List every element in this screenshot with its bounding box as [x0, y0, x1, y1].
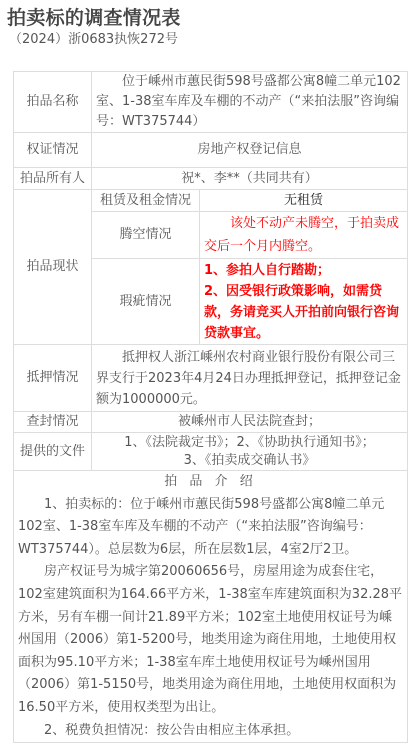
- row-item-name: 拍品名称 位于嵊州市蕙民街598号盛都公寓8幢二单元102室、1-38室车库及车…: [14, 72, 408, 133]
- case-number: （2024）浙0683执恢272号: [9, 32, 178, 48]
- intro-paragraph-1: 1、拍卖标的：位于嵊州市蕙民街598号盛都公寓8幢二单元102室、1-38室车库…: [18, 494, 403, 562]
- mortgage-label: 抵押情况: [14, 345, 92, 412]
- documents-value: 1、《法院裁定书》；2、《协助执行通知书》； 3、《拍卖成交确认书》: [92, 433, 408, 471]
- documents-label: 提供的文件: [14, 433, 92, 471]
- defect-line-2: 2、因受银行政策影响，如需贷款，务请竞买人开拍前向银行咨询贷款事宜。: [204, 281, 403, 344]
- owner-value: 祝*、李**（共同共有）: [92, 168, 408, 190]
- current-status-label: 拍品现状: [14, 190, 92, 345]
- item-name-value: 位于嵊州市蕙民街598号盛都公寓8幢二单元102室、1-38室车库及车棚的不动产…: [92, 72, 408, 133]
- auction-survey-page: 拍卖标的调查情况表 （2024）浙0683执恢272号 拍品名称 位于嵊州市蕙民…: [0, 0, 420, 754]
- mortgage-value: 抵押权人浙江嵊州农村商业银行股份有限公司三界支行于2023年4月24日办理抵押登…: [92, 345, 408, 412]
- row-title-status: 权证情况 房地产权登记信息: [14, 133, 408, 168]
- row-documents: 提供的文件 1、《法院裁定书》；2、《协助执行通知书》； 3、《拍卖成交确认书》: [14, 433, 408, 471]
- lease-label: 租赁及租金情况: [92, 190, 200, 212]
- row-lease: 拍品现状 租赁及租金情况 无租赁: [14, 190, 408, 212]
- title-status-label: 权证情况: [14, 133, 92, 168]
- row-intro: 拍 品 介 绍 1、拍卖标的：位于嵊州市蕙民街598号盛都公寓8幢二单元102室…: [14, 471, 408, 743]
- page-title: 拍卖标的调查情况表: [7, 6, 181, 30]
- row-owner: 拍品所有人 祝*、李**（共同共有）: [14, 168, 408, 190]
- intro-paragraph-2: 房产权证号为城字第20060656号，房屋用途为成套住宅，102室建筑面积为16…: [18, 561, 403, 719]
- intro-paragraph-3: 2、税费负担情况：按公告由相应主体承担。: [18, 720, 403, 743]
- documents-line-1: 1、《法院裁定书》；2、《协助执行通知书》；: [96, 434, 403, 452]
- documents-line-2: 3、《拍卖成交确认书》: [96, 452, 403, 470]
- seizure-value: 被嵊州市人民法院查封；: [92, 412, 408, 433]
- intro-title: 拍 品 介 绍: [18, 471, 403, 494]
- lease-value: 无租赁: [200, 190, 408, 212]
- vacancy-label: 腾空情况: [92, 212, 200, 259]
- owner-label: 拍品所有人: [14, 168, 92, 190]
- row-mortgage: 抵押情况 抵押权人浙江嵊州农村商业银行股份有限公司三界支行于2023年4月24日…: [14, 345, 408, 412]
- item-name-label: 拍品名称: [14, 72, 92, 133]
- defects-label: 瑕疵情况: [92, 259, 200, 345]
- defect-line-1: 1、参拍人自行踏勘；: [204, 260, 403, 281]
- vacancy-value: 该处不动产未腾空，于拍卖成交后一个月内腾空。: [200, 212, 408, 259]
- title-status-value: 房地产权登记信息: [92, 133, 408, 168]
- intro-section: 拍 品 介 绍 1、拍卖标的：位于嵊州市蕙民街598号盛都公寓8幢二单元102室…: [14, 471, 408, 743]
- row-seizure: 查封情况 被嵊州市人民法院查封；: [14, 412, 408, 433]
- defects-value: 1、参拍人自行踏勘； 2、因受银行政策影响，如需贷款，务请竞买人开拍前向银行咨询…: [200, 259, 408, 345]
- seizure-label: 查封情况: [14, 412, 92, 433]
- survey-table: 拍品名称 位于嵊州市蕙民街598号盛都公寓8幢二单元102室、1-38室车库及车…: [13, 71, 408, 743]
